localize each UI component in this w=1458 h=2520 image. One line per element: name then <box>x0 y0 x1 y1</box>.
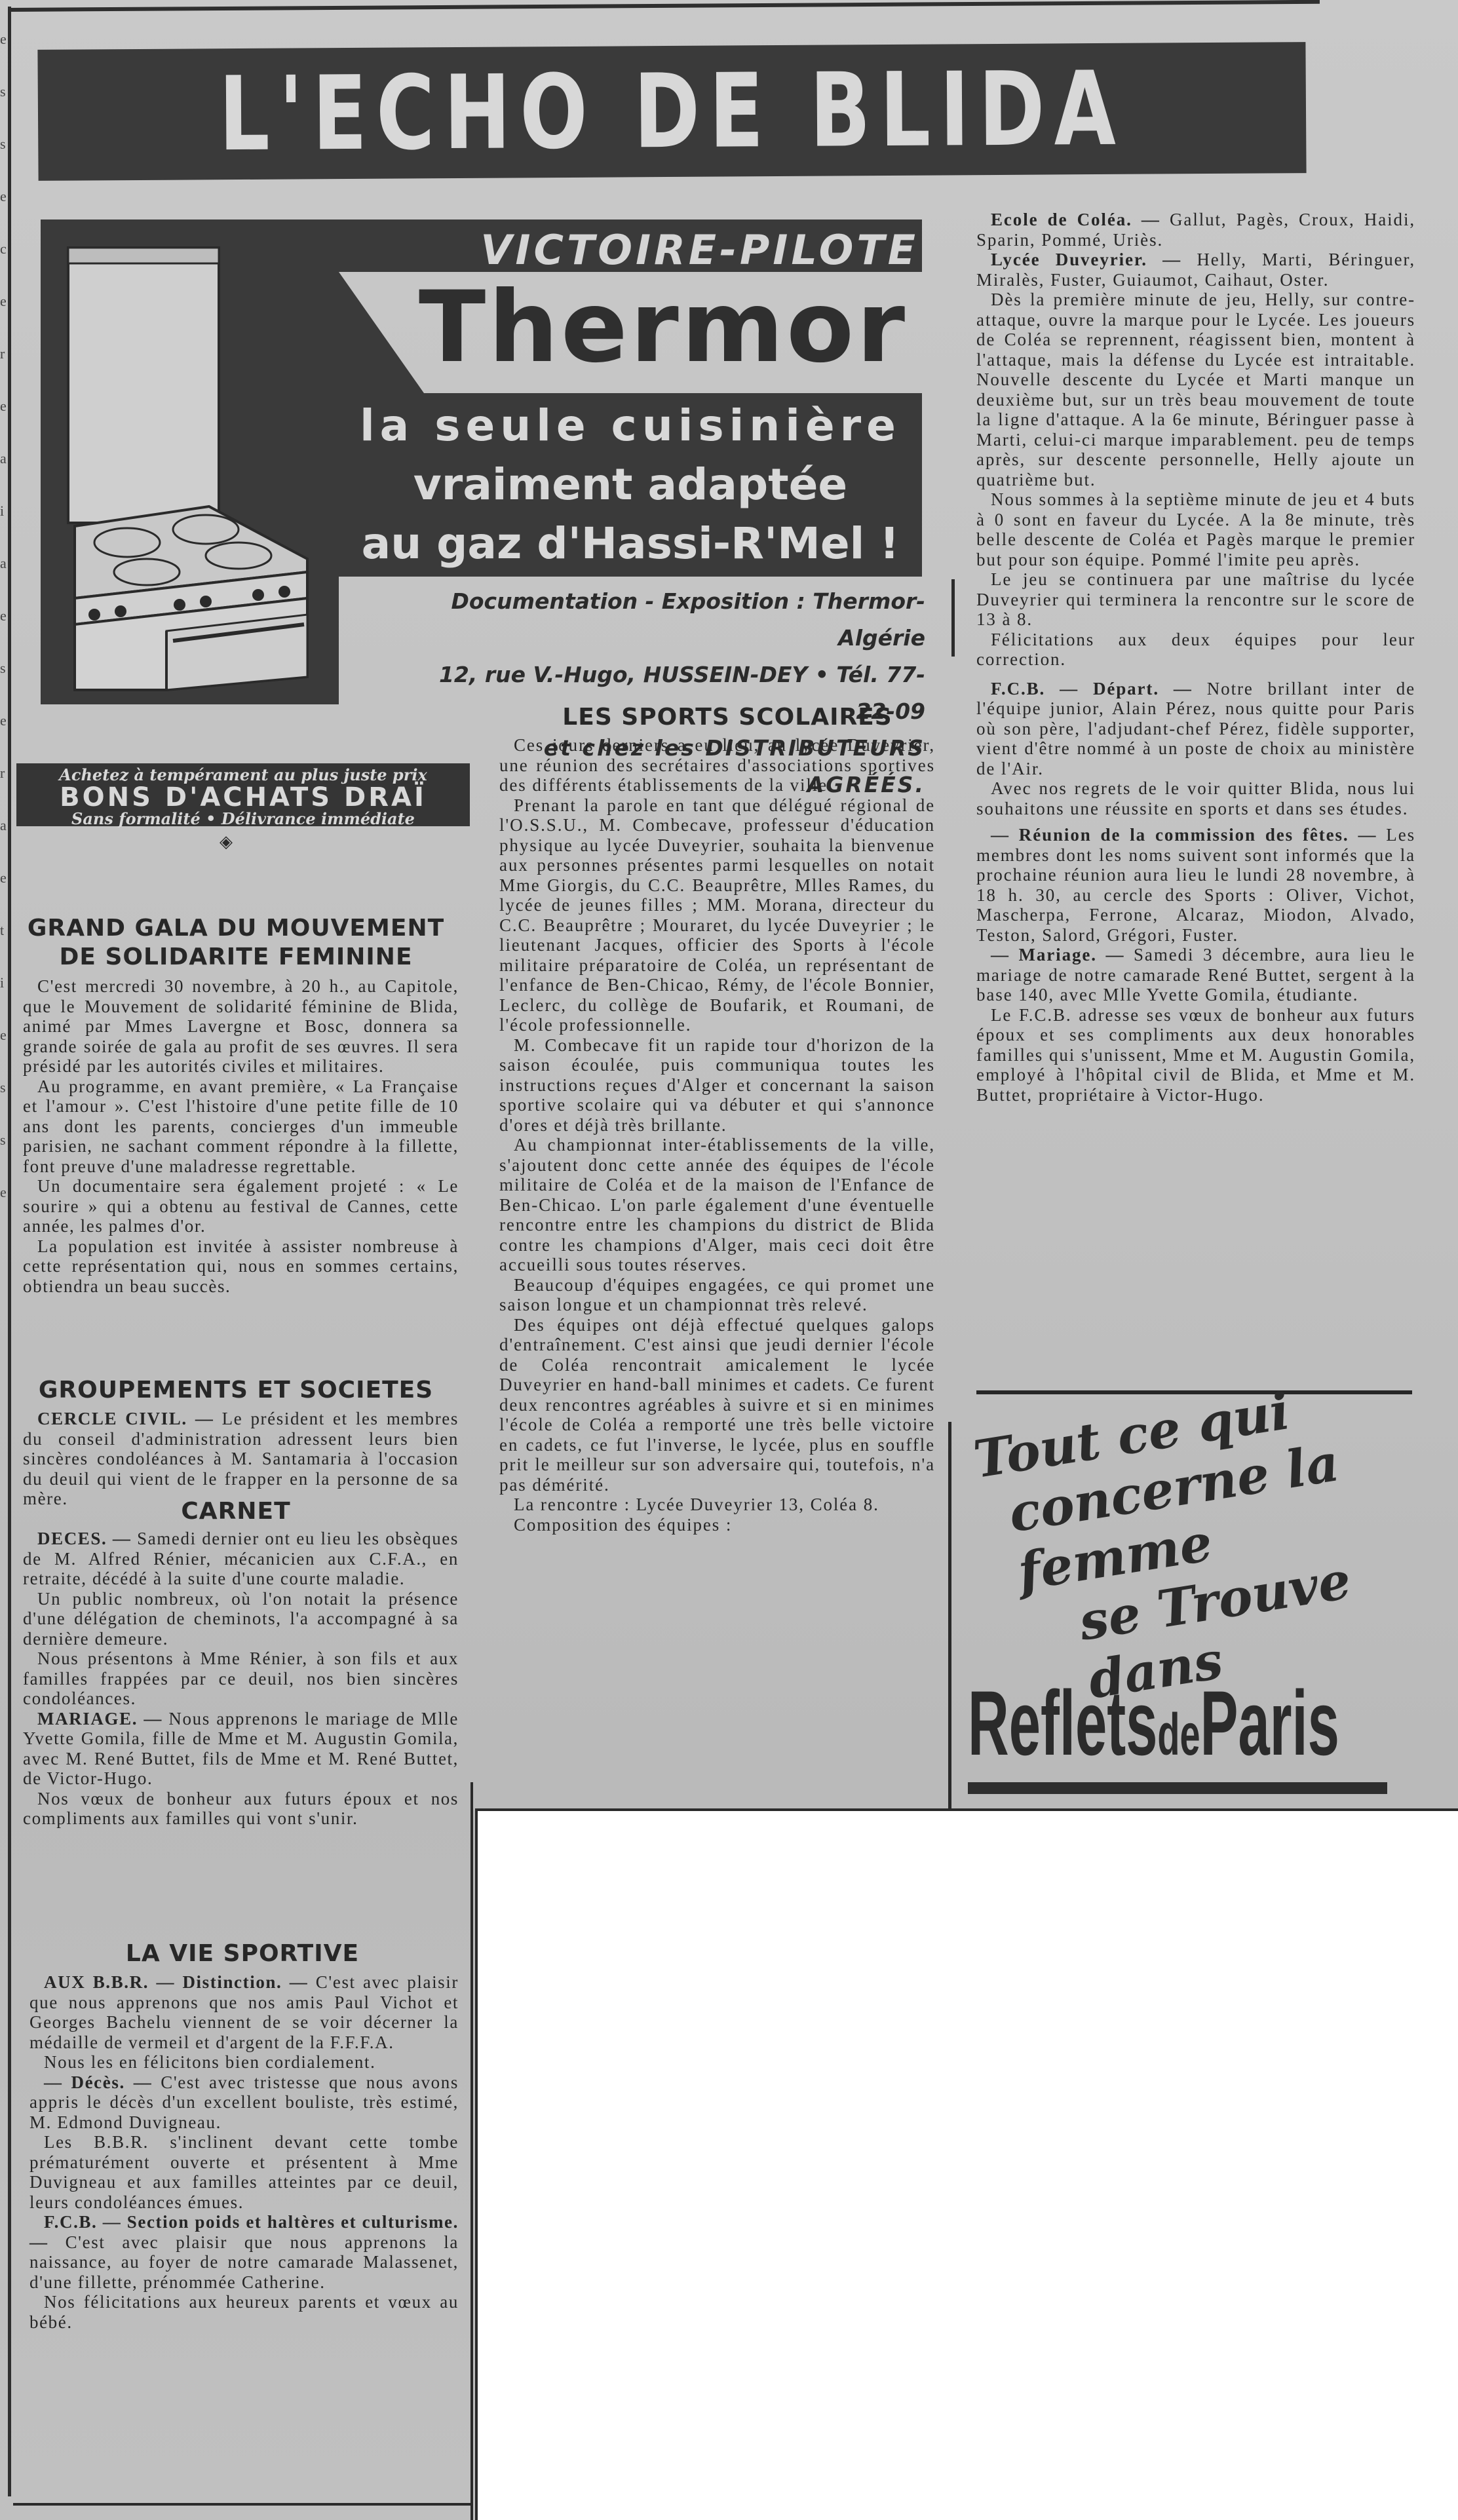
headline-sports-scolaires: LES SPORTS SCOLAIRES <box>524 703 930 732</box>
article-gala: C'est mercredi 30 novembre, à 20 h., au … <box>23 976 459 1296</box>
headline-gala: GRAND GALA DU MOUVEMENT DE SOLIDARITE FE… <box>26 914 446 972</box>
ornament-icon: ◈ <box>216 832 236 852</box>
article-sports-continued: Ecole de Coléa. — Gallut, Pagès, Croux, … <box>976 210 1415 1105</box>
left-margin-rule <box>8 7 11 2496</box>
drai-advertisement: Achetez à tempérament au plus juste prix… <box>16 763 470 826</box>
article-groupements: CERCLE CIVIL. — Le président et les memb… <box>23 1409 459 1509</box>
article-sports-scolaires: Ces jours derniers a eu lieu, au lycée D… <box>499 735 935 1535</box>
blank-area <box>475 1808 1458 2520</box>
headline-groupements: GROUPEMENTS ET SOCIETES <box>26 1376 446 1405</box>
masthead-title: L'ECHO DE BLIDA <box>219 49 1126 174</box>
reflets-de-paris-advertisement: Tout ce qui concerne la femme se Trouve … <box>953 1402 1438 1802</box>
column-rule <box>948 1422 951 1812</box>
ad-brand-name: Thermor <box>401 272 925 383</box>
ad-script-text: Tout ce qui concerne la femme se Trouve … <box>970 1364 1443 1723</box>
article-carnet: DECES. — Samedi dernier ont eu lieu les … <box>23 1529 459 1829</box>
column-rule <box>470 1782 473 2520</box>
bottom-rule <box>13 2503 472 2506</box>
ad-brand-name: RefletsdeParis <box>968 1674 1228 1784</box>
article-vie-sportive: AUX B.B.R. — Distinction. — C'est avec p… <box>29 1972 459 2332</box>
gas-stove-icon <box>48 231 324 703</box>
headline-carnet: CARNET <box>26 1497 446 1526</box>
masthead: L'ECHO DE BLIDA <box>37 42 1306 181</box>
ad-slogan: la seule cuisinière vraiment adaptée au … <box>339 393 922 577</box>
thermor-advertisement: VICTOIRE-PILOTE Thermor la seule cuisini… <box>41 220 932 717</box>
headline-vie-sportive: LA VIE SPORTIVE <box>33 1939 452 1968</box>
adjacent-column-fragment: e s s e c e r e a i a e s e r a e t i e … <box>0 13 7 2503</box>
